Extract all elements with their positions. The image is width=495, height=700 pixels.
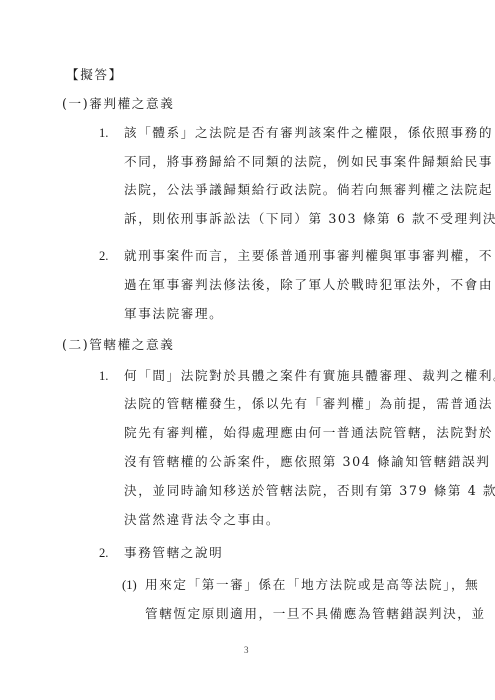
answer-heading: 【擬答】: [66, 67, 123, 83]
paragraph-line: 法院，公法爭議歸類給行政法院。倘若向無審判權之法院起: [124, 182, 493, 198]
paragraph-line: 訴，則依刑事訴訟法（下同）第 303 條第 6 款不受理判決。: [124, 211, 495, 227]
item-marker: 2.: [99, 545, 108, 561]
paragraph-line: 過在軍事審判法修法後，除了軍人於戰時犯軍法外，不會由: [124, 277, 493, 293]
paragraph-line: 用來定「第一審」係在「地方法院或是高等法院」，無: [145, 577, 479, 593]
item-marker: 2.: [99, 248, 108, 264]
paragraph-line: 決當然違背法令之事由。: [124, 512, 280, 528]
section-title: (二)管轄權之意義: [62, 337, 174, 353]
section-title: (一)審判權之意義: [62, 96, 174, 112]
document-page: 【擬答】 (一)審判權之意義 1. 該「體系」之法院是否有審判該案件之權限，係依…: [0, 0, 495, 700]
subitem-marker: (1): [122, 577, 137, 593]
paragraph-line: 決，並同時諭知移送於管轄法院，否則有第 379 條第 4 款判: [124, 483, 495, 499]
item-marker: 1.: [99, 125, 108, 141]
paragraph-line: 沒有管轄權的公訴案件，應依照第 304 條諭知管轄錯誤判: [124, 454, 491, 470]
paragraph-line: 管轄恆定原則適用，一旦不具備應為管轄錯誤判決，並: [145, 606, 486, 622]
paragraph-line: 軍事法院審理。: [124, 306, 223, 322]
paragraph-line: 法院的管轄權發生，係以先有「審判權」為前提，需普通法: [124, 396, 493, 412]
paragraph-line: 事務管轄之說明: [124, 545, 223, 561]
paragraph-line: 該「體系」之法院是否有審判該案件之權限，係依照事務的: [124, 125, 493, 141]
paragraph-line: 何「間」法院對於具體之案件有實施具體審理、裁判之權利。: [124, 368, 495, 384]
paragraph-line: 院先有審判權，始得處理應由何一普通法院管轄，法院對於: [124, 425, 493, 441]
paragraph-line: 不同，將事務歸給不同類的法院，例如民事案件歸類給民事: [124, 154, 493, 170]
paragraph-line: 就刑事案件而言，主要係普通刑事審判權與軍事審判權，不: [124, 248, 493, 264]
page-number: 3: [244, 645, 249, 655]
item-marker: 1.: [99, 368, 108, 384]
